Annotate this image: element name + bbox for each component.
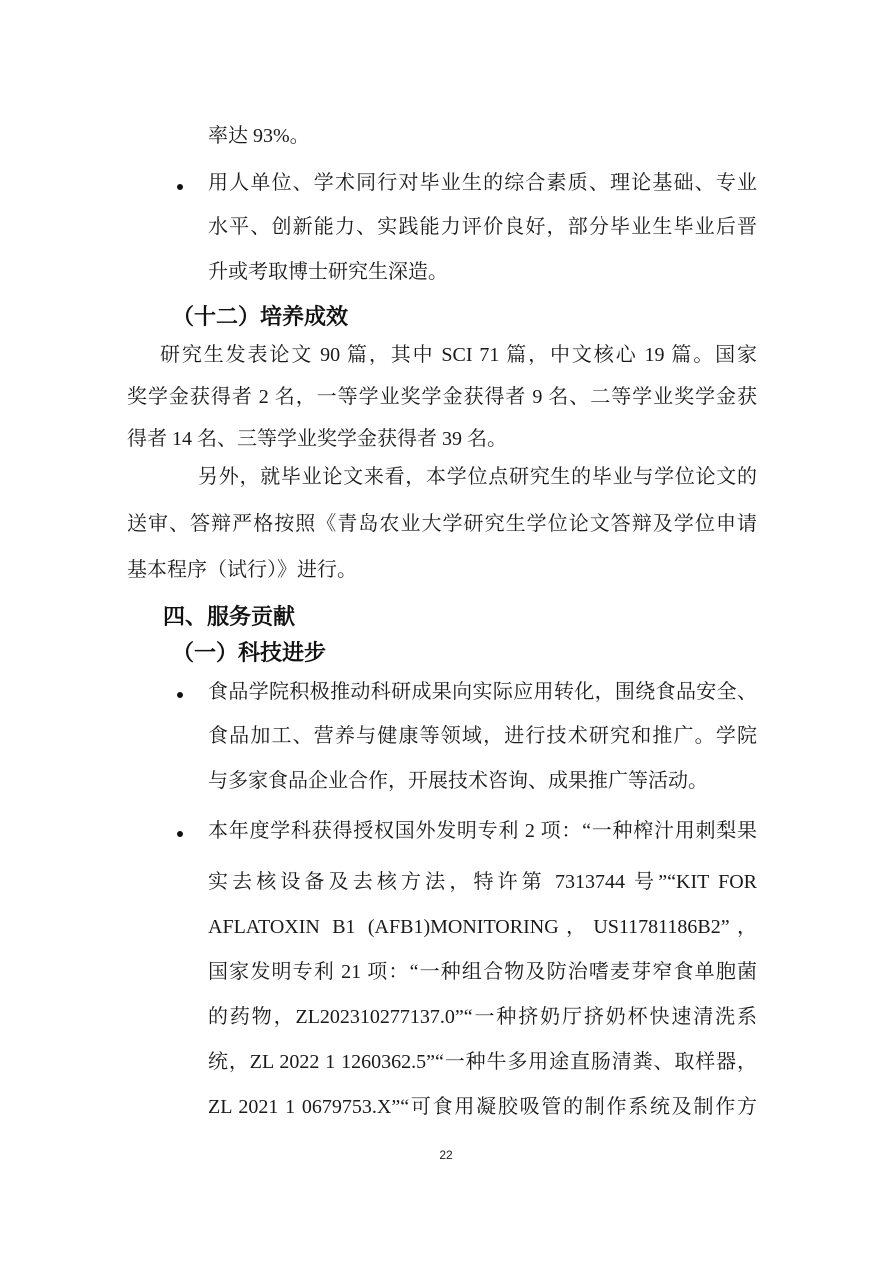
page-number: 22 — [0, 1148, 892, 1162]
text-line: 统，ZL 2022 1 1260362.5”“一种牛多用途直肠清粪、取样器， — [208, 1050, 757, 1074]
chapter-heading: 四、服务贡献 — [163, 605, 295, 631]
text-line: 基本程序（试行）》进行。 — [127, 558, 357, 582]
text-line: ZL 2021 1 0679753.X”“可食用凝胶吸管的制作系统及制作方 — [208, 1095, 757, 1119]
section-heading: （十二）培养成效 — [172, 305, 348, 331]
text-line: 用人单位、学术同行对毕业生的综合素质、理论基础、专业 — [208, 171, 757, 195]
text-line: 食品学院积极推动科研成果向实际应用转化，围绕食品安全、 — [208, 680, 757, 704]
text-line: 国家发明专利 21 项：“一种组合物及防治嗜麦芽窄食单胞菌 — [208, 960, 757, 984]
text-line: 奖学金获得者 2 名，一等学业奖学金获得者 9 名、二等学业奖学金获 — [127, 385, 757, 409]
text-line: AFLATOXIN B1 (AFB1)MONITORING，US11781186… — [208, 915, 757, 939]
text-line: 与多家食品企业合作，开展技术咨询、成果推广等活动。 — [208, 769, 708, 793]
text-line: 率达 93%。 — [208, 124, 310, 148]
text-line: 升或考取博士研究生深造。 — [208, 260, 448, 284]
text-line: 水平、创新能力、实践能力评价良好，部分毕业生毕业后晋 — [208, 215, 757, 239]
text-line: 得者 14 名、三等学业奖学金获得者 39 名。 — [127, 427, 507, 451]
bullet-icon — [177, 831, 183, 837]
bullet-icon — [177, 184, 183, 190]
section-heading: （一）科技进步 — [172, 641, 326, 667]
text-line: 实去核设备及去核方法，特许第 7313744 号”“KIT FOR — [208, 870, 757, 894]
document-page: 率达 93%。 用人单位、学术同行对毕业生的综合素质、理论基础、专业 水平、创新… — [0, 0, 892, 1261]
bullet-icon — [177, 692, 183, 698]
text-line: 另外，就毕业论文来看，本学位点研究生的毕业与学位论文的 — [198, 465, 757, 489]
text-line: 本年度学科获得授权国外发明专利 2 项：“一种榨汁用刺梨果 — [208, 819, 757, 843]
text-line: 食品加工、营养与健康等领域，进行技术研究和推广。学院 — [208, 724, 757, 748]
text-line: 的药物，ZL202310277137.0”“一种挤奶厅挤奶杯快速清洗系 — [208, 1005, 757, 1029]
text-line: 送审、答辩严格按照《青岛农业大学研究生学位论文答辩及学位申请 — [127, 512, 757, 536]
text-line: 研究生发表论文 90 篇，其中 SCI 71 篇，中文核心 19 篇。国家 — [160, 343, 757, 367]
